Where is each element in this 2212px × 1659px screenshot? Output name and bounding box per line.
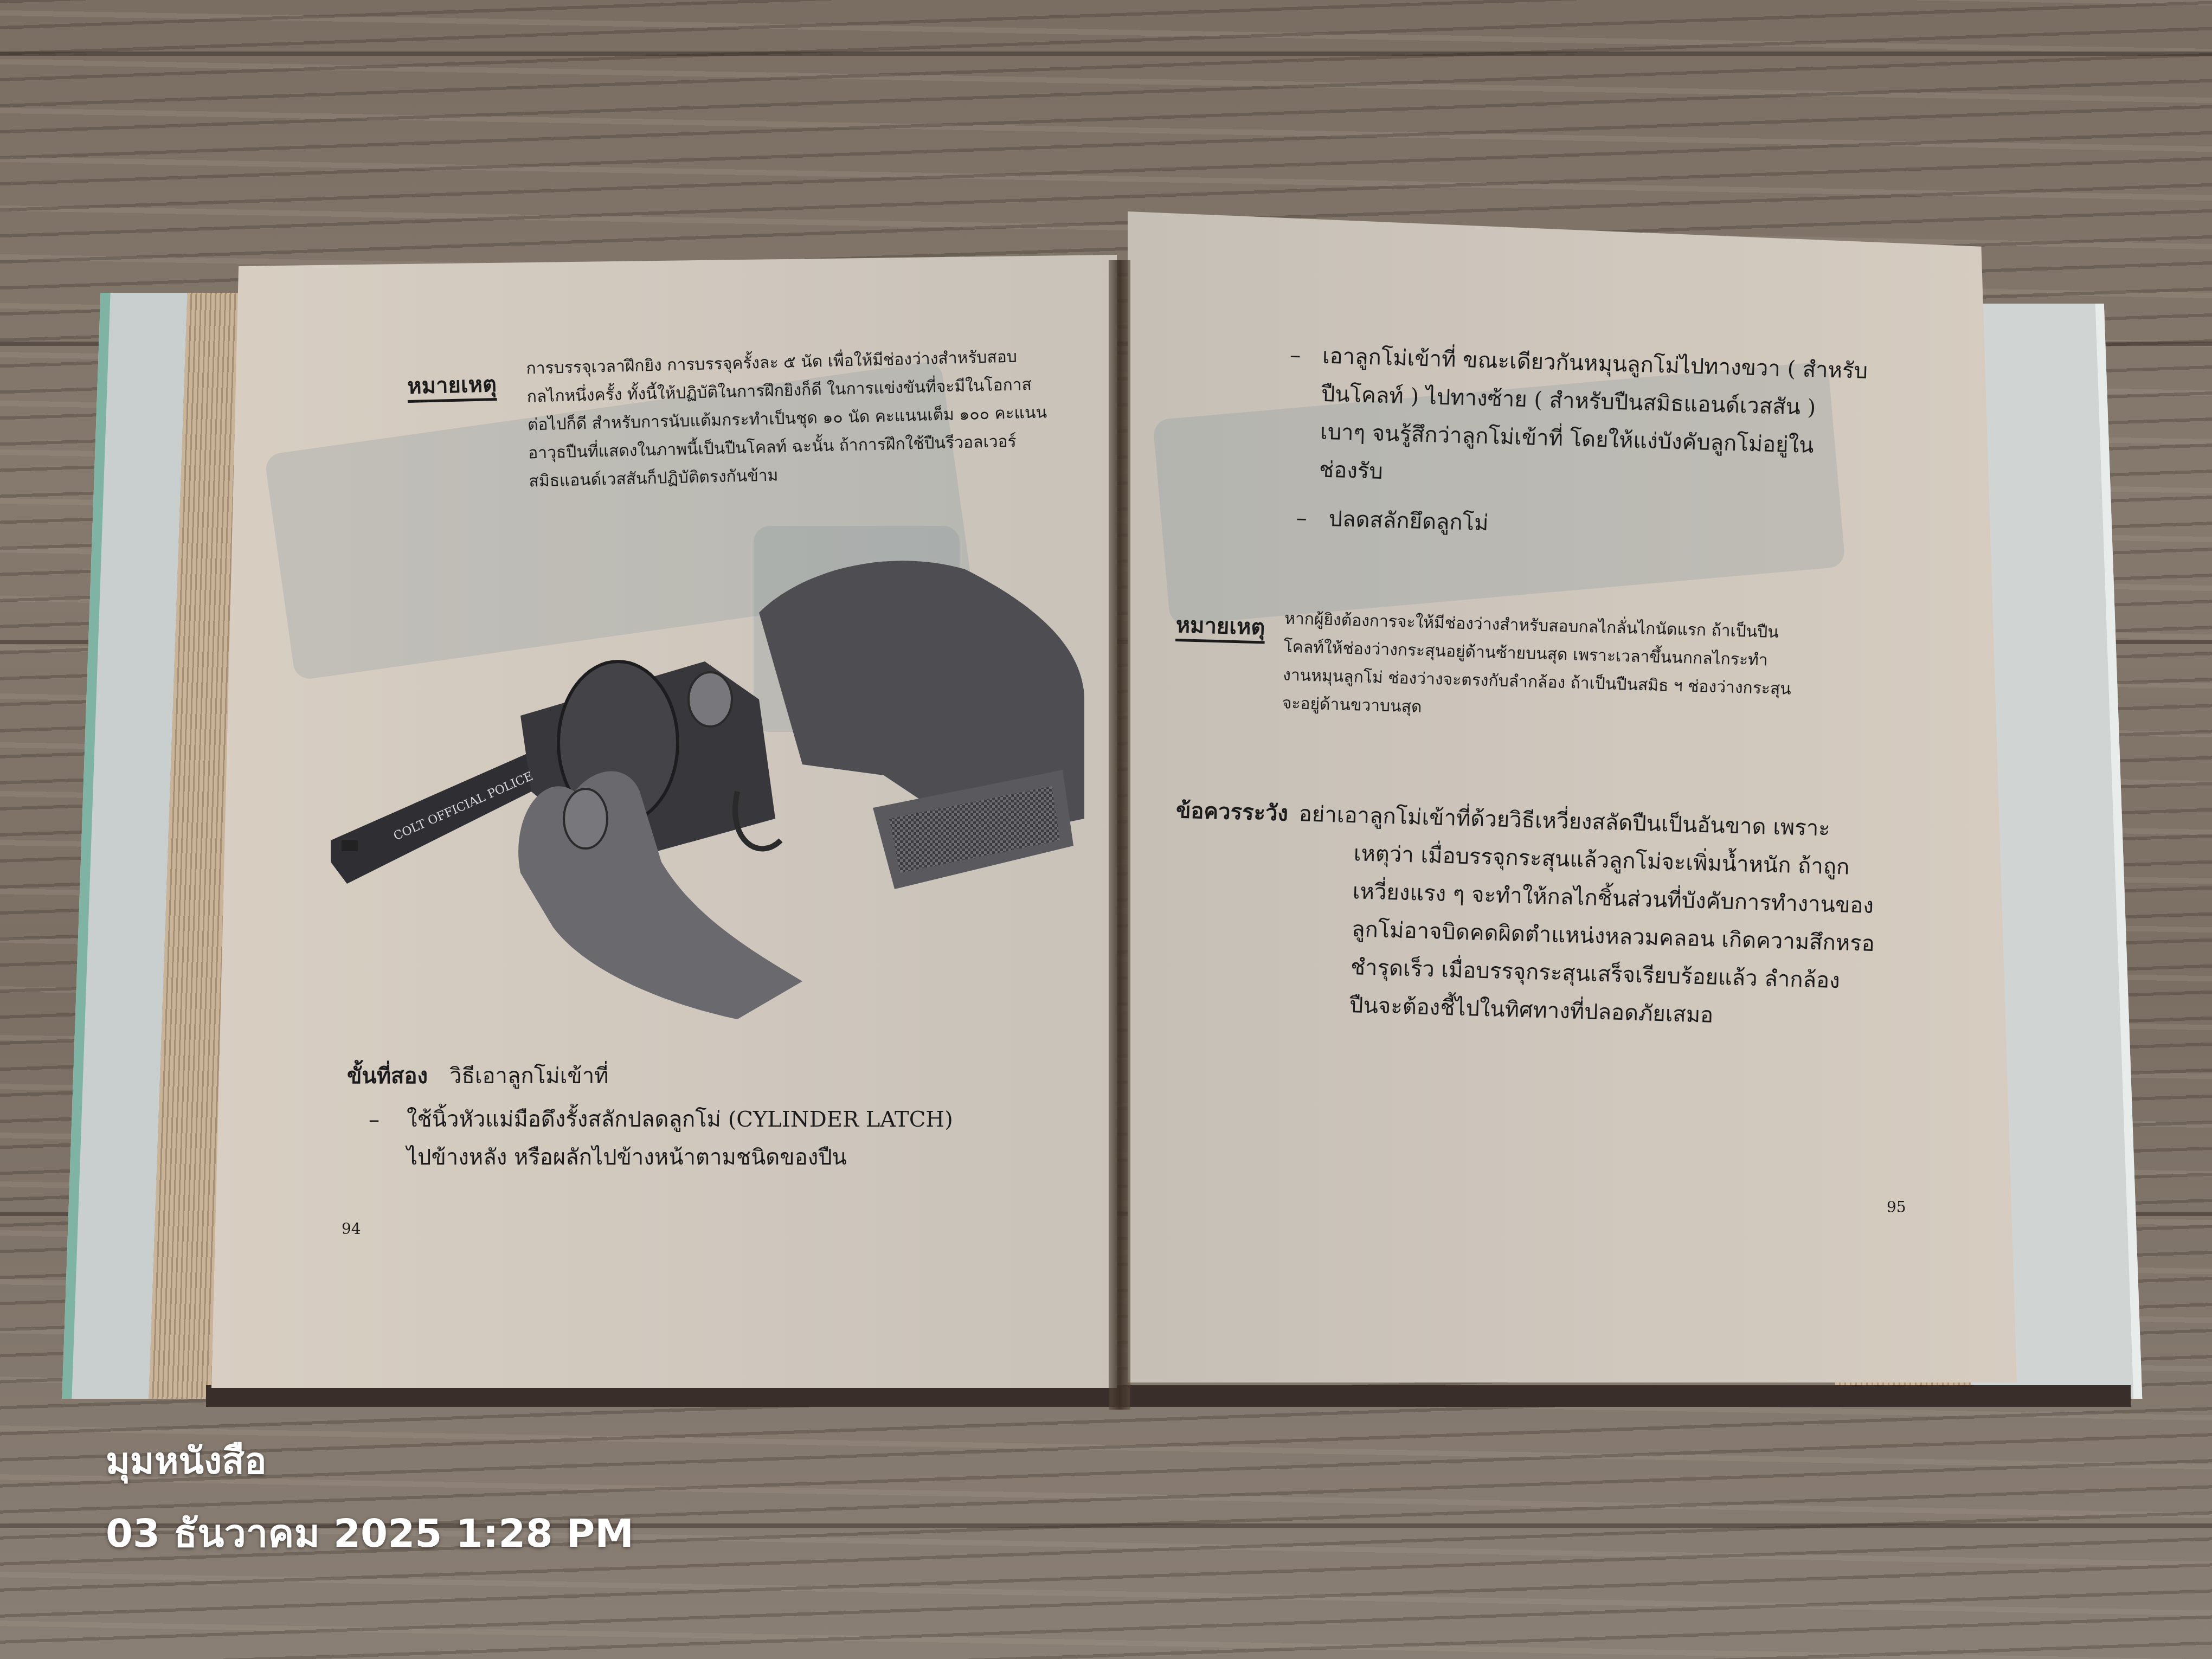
bullet-text: เอาลูกโม่เข้าที่ ขณะเดียวกันหมุนลูกโม่ไป… xyxy=(1319,337,1868,504)
bullet-line: ปลดสลักยึดลูกโม่ xyxy=(1328,500,1489,542)
revolver-illustration: COLT OFFICIAL POLICE xyxy=(314,537,1084,1025)
watermark-title: มุมหนังสือ xyxy=(106,1431,267,1490)
step-heading: ขั้นที่สอง วิธีเอาลูกโม่เข้าที่ xyxy=(347,1057,953,1095)
bullet-dash: – xyxy=(1296,499,1329,538)
bullet-dash: – xyxy=(1286,336,1323,489)
step-bullet-item: – ใช้นิ้วหัวแม่มือดึงรั้งสลักปลดลูกโม่ (… xyxy=(347,1101,953,1176)
book-spine xyxy=(206,1385,2131,1407)
note-label: หมายเหตุ xyxy=(407,366,497,403)
step-line: ใช้นิ้วหัวแม่มือดึงรั้งสลักปลดลูกโม่ (CY… xyxy=(407,1101,953,1139)
caution-section: ข้อควรระวัง อย่าเอาลูกโม่เข้าที่ด้วยวิธี… xyxy=(1170,792,1878,1039)
bullet-dash: – xyxy=(347,1101,407,1176)
watermark-datetime: 03 ธันวาคม 2025 1:28 PM xyxy=(106,1502,634,1564)
step-line: ไปข้างหลัง หรือผลักไปข้างหน้าตามชนิดของป… xyxy=(407,1139,953,1176)
wood-plank-seam xyxy=(0,52,2212,56)
page-number: 95 xyxy=(1887,1198,1906,1216)
step-bullet-text: ใช้นิ้วหัวแม่มือดึงรั้งสลักปลดลูกโม่ (CY… xyxy=(407,1101,953,1176)
note-body: การบรรจุเวลาฝึกยิง การบรรจุครั้งละ ๕ นัด… xyxy=(526,342,1049,496)
note-body: หากผู้ยิงต้องการจะให้มีช่องว่างสำหรับสอบ… xyxy=(1282,605,1793,732)
caution-label: ข้อควรระวัง xyxy=(1175,792,1289,833)
page-number: 94 xyxy=(342,1220,361,1238)
note-label: หมายเหตุ xyxy=(1175,607,1265,645)
step-label: ขั้นที่สอง xyxy=(347,1057,428,1095)
caution-body: เหตุว่า เมื่อบรรจุกระสุนแล้วลูกโม่จะเพิ่… xyxy=(1170,829,1877,1039)
right-page[interactable]: – เอาลูกโม่เข้าที่ ขณะเดียวกันหมุนลูกโม่… xyxy=(1128,211,2017,1382)
right-bullets: – เอาลูกโม่เข้าที่ ขณะเดียวกันหมุนลูกโม่… xyxy=(1285,336,1868,553)
book-gutter xyxy=(1109,260,1130,1410)
step-title: วิธีเอาลูกโม่เข้าที่ xyxy=(449,1057,608,1095)
bullet-item: – เอาลูกโม่เข้าที่ ขณะเดียวกันหมุนลูกโม่… xyxy=(1286,336,1868,504)
step-two-section: ขั้นที่สอง วิธีเอาลูกโม่เข้าที่ – ใช้นิ้… xyxy=(347,1057,953,1176)
